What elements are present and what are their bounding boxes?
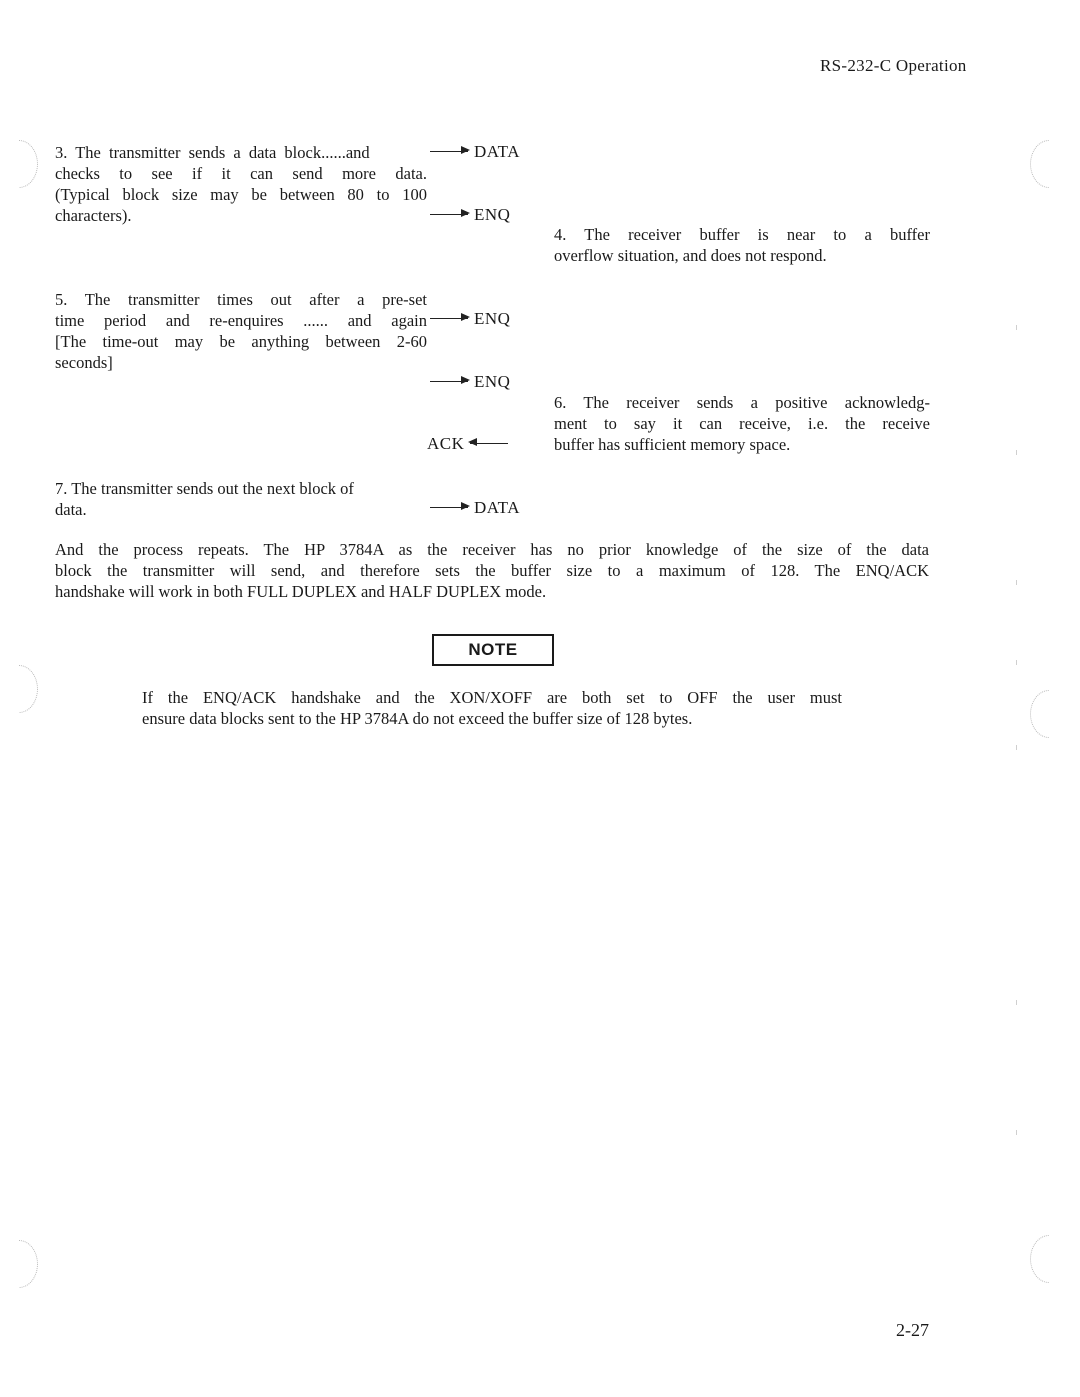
binder-hole-right-top [1030, 140, 1068, 188]
page-number: 2-27 [896, 1320, 929, 1341]
step-6-line-3: buffer has sufficient memory space. [554, 434, 930, 455]
section-title: RS-232-C Operation [820, 56, 967, 76]
binder-hole-right-middle [1030, 690, 1068, 738]
step-5-line-2: time period and re-enquires ...... and a… [55, 310, 427, 331]
margin-speck [1016, 580, 1017, 585]
step-6-text: 6. The receiver sends a positive acknowl… [554, 392, 930, 455]
step-3-line-4: characters). [55, 205, 427, 226]
step-6-line-2: ment to say it can receive, i.e. the rec… [554, 413, 930, 434]
binder-hole-left-bottom [0, 1240, 38, 1288]
arrow-right-icon [430, 381, 468, 384]
signal-label: ACK [427, 434, 464, 454]
step-5-text: 5. The transmitter times out after a pre… [55, 289, 427, 373]
summary-line-2: block the transmitter will send, and the… [55, 560, 929, 581]
margin-speck [1016, 1130, 1017, 1135]
step-7-line-1: 7. The transmitter sends out the next bl… [55, 478, 427, 499]
arrow-left-icon [470, 443, 508, 446]
note-line-2: ensure data blocks sent to the HP 3784A … [142, 708, 842, 729]
step-6-line-1: 6. The receiver sends a positive acknowl… [554, 392, 930, 413]
step-4-line-2: overflow situation, and does not respond… [554, 245, 930, 266]
signal-ack: ACK [427, 434, 508, 454]
arrow-right-icon [430, 507, 468, 510]
margin-speck [1016, 450, 1017, 455]
summary-paragraph: And the process repeats. The HP 3784A as… [55, 539, 929, 602]
signal-data-1: DATA [430, 142, 520, 162]
step-4-line-1: 4. The receiver buffer is near to a buff… [554, 224, 930, 245]
binder-hole-left-middle [0, 665, 38, 713]
step-3-line-3: (Typical block size may be between 80 to… [55, 184, 427, 205]
step-5-line-3: [The time-out may be anything between 2-… [55, 331, 427, 352]
step-5-line-4: seconds] [55, 352, 427, 373]
step-3-text: 3. The transmitter sends a data block...… [55, 142, 427, 226]
summary-line-1: And the process repeats. The HP 3784A as… [55, 539, 929, 560]
arrow-right-icon [430, 151, 468, 154]
step-5-line-1: 5. The transmitter times out after a pre… [55, 289, 427, 310]
note-label: NOTE [432, 634, 554, 666]
binder-hole-left-top [0, 140, 38, 188]
step-7-line-2: data. [55, 499, 427, 520]
signal-enq-2: ENQ [430, 309, 510, 329]
arrow-right-icon [430, 318, 468, 321]
margin-speck [1016, 325, 1017, 330]
step-3-line-2: checks to see if it can send more data. [55, 163, 427, 184]
note-line-1: If the ENQ/ACK handshake and the XON/XOF… [142, 687, 842, 708]
signal-enq-1: ENQ [430, 205, 510, 225]
margin-speck [1016, 660, 1017, 665]
signal-label: DATA [474, 142, 520, 162]
signal-enq-3: ENQ [430, 372, 510, 392]
signal-label: DATA [474, 498, 520, 518]
signal-label: ENQ [474, 372, 510, 392]
summary-line-3: handshake will work in both FULL DUPLEX … [55, 581, 929, 602]
step-4-text: 4. The receiver buffer is near to a buff… [554, 224, 930, 266]
step-3-line-1: 3. The transmitter sends a data block...… [55, 142, 427, 163]
signal-label: ENQ [474, 205, 510, 225]
step-7-text: 7. The transmitter sends out the next bl… [55, 478, 427, 520]
margin-speck [1016, 745, 1017, 750]
binder-hole-right-bottom [1030, 1235, 1068, 1283]
signal-data-2: DATA [430, 498, 520, 518]
arrow-right-icon [430, 214, 468, 217]
margin-speck [1016, 1000, 1017, 1005]
note-text: If the ENQ/ACK handshake and the XON/XOF… [142, 687, 842, 729]
signal-label: ENQ [474, 309, 510, 329]
